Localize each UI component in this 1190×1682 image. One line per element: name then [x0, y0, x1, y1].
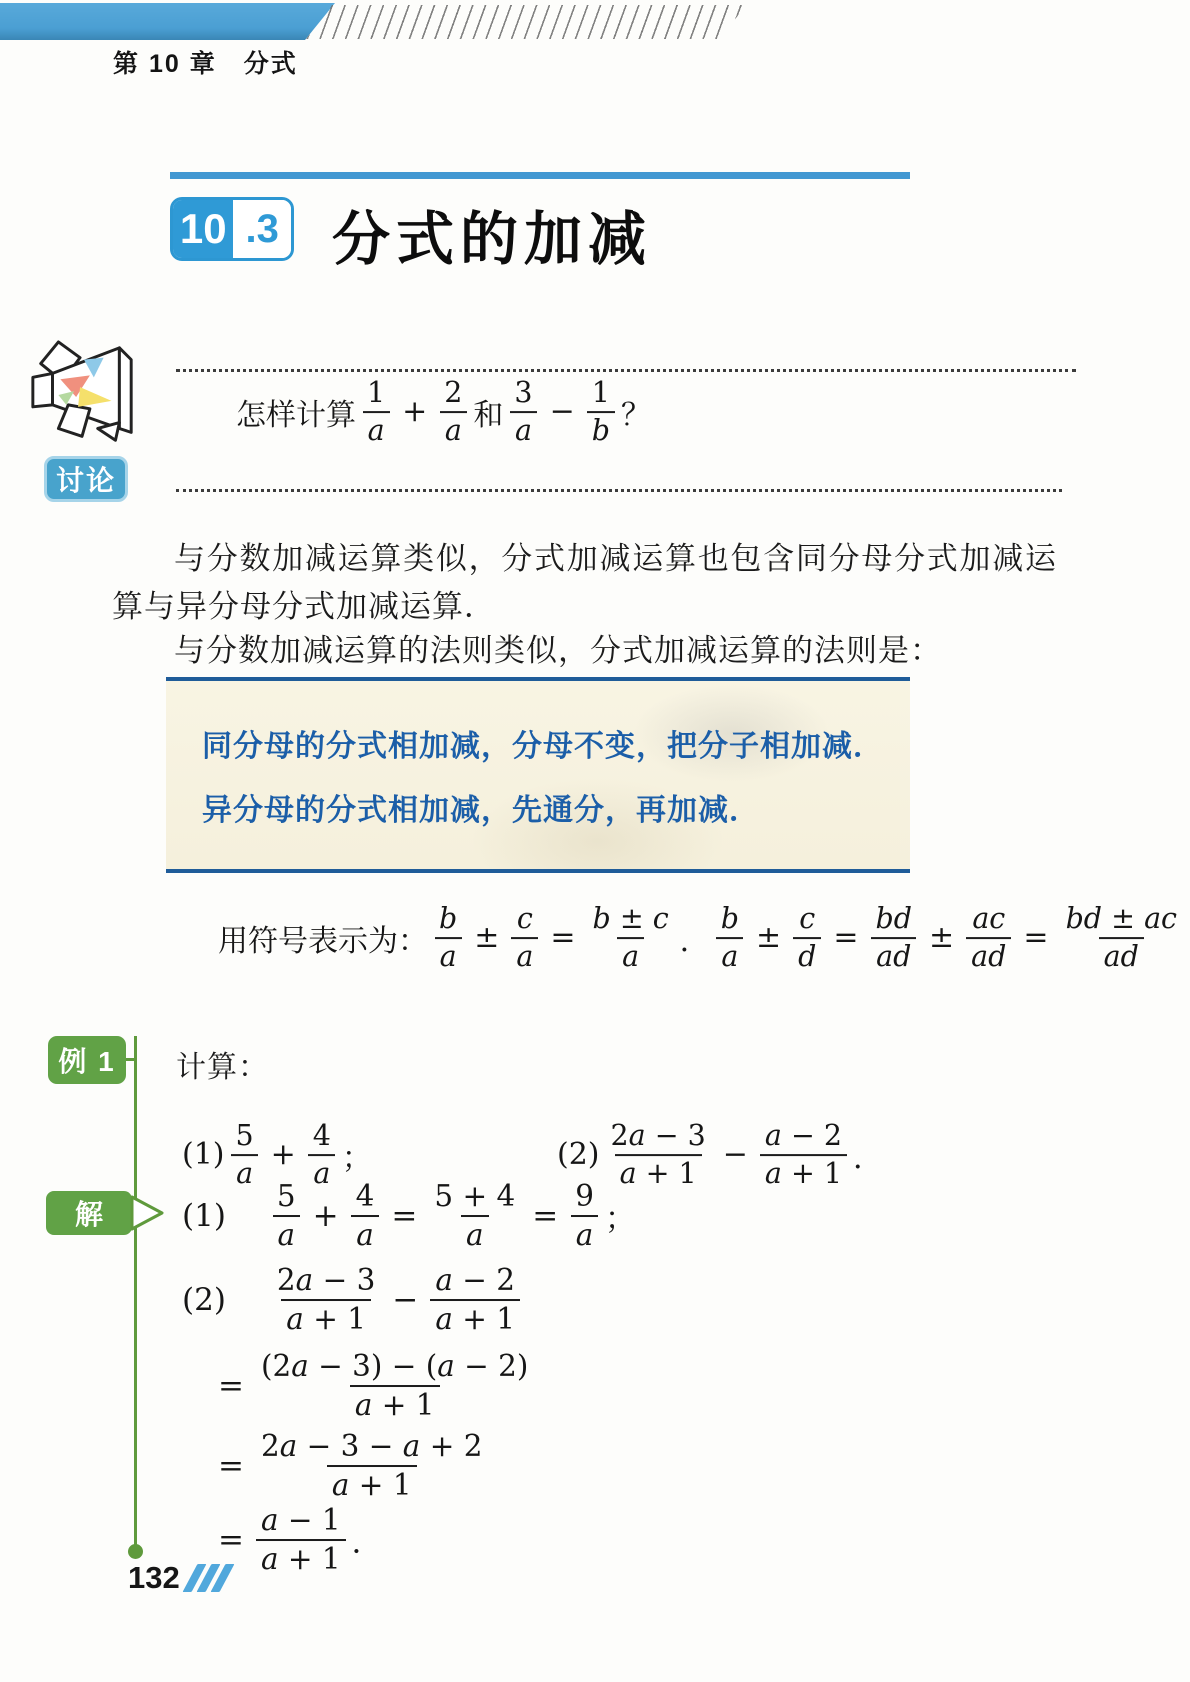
banner-hatch-stripes	[306, 5, 746, 39]
solution-badge-arrow-icon	[130, 1189, 166, 1237]
example-timeline-line	[134, 1036, 137, 1550]
symbolic-rule-formula: 用符号表示为：ba±ca=b ± ca．ba±cd=bdad±acad=bd ±…	[214, 903, 1190, 973]
page-number: 132	[128, 1560, 180, 1596]
solution-line-2-step-3: =a − 1a + 1．	[218, 1504, 387, 1576]
example-task-label: 计算：	[176, 1042, 269, 1086]
body-paragraph-2: 与分数加减运算的法则类似，分式加减运算的法则是：	[112, 627, 1057, 675]
solution-line-1: (1)5a+4a=5 + 4a=9a；	[178, 1180, 640, 1252]
body-paragraph-1: 与分数加减运算类似，分式加减运算也包含同分母分式加减运算与异分母分式加减运算．	[112, 535, 1057, 631]
discussion-question-formula: 怎样计算 1a+2a和3a−1b？	[232, 377, 655, 447]
megaphone-icon	[28, 338, 138, 456]
chapter-header: 第 10 章 分式	[113, 44, 298, 80]
section-title: 分式的加减	[332, 192, 652, 276]
dotted-divider-bottom	[176, 489, 1062, 492]
section-divider-rule	[170, 172, 910, 179]
rule-line-1: 同分母的分式相加减，分母不变，把分子相加减．	[202, 721, 910, 765]
rule-box: 同分母的分式相加减，分母不变，把分子相加减． 异分母的分式相加减，先通分，再加减…	[166, 677, 910, 873]
discussion-badge: 讨论	[44, 456, 128, 502]
top-banner	[0, 3, 335, 40]
solution-line-2-step-2: =2a − 3 − a + 2a + 1	[218, 1430, 489, 1502]
section-number-main: 10	[173, 200, 233, 258]
solution-badge: 解	[46, 1191, 132, 1235]
example-timeline-end-dot	[128, 1544, 143, 1559]
solution-line-2-start: (2)2a − 3a + 1−a − 2a + 1	[178, 1264, 522, 1336]
example-1-badge: 例 1	[48, 1036, 126, 1084]
section-number-badge: 10 .3	[170, 197, 294, 261]
solution-line-2-step-1: =(2a − 3) − (a − 2)a + 1	[218, 1350, 535, 1422]
section-number-sub: .3	[233, 200, 291, 258]
textbook-page: 第 10 章 分式 10 .3 分式的加减 讨论 怎样计算 1a	[0, 0, 1190, 1682]
rule-line-2: 异分母的分式相加减，先通分，再加减．	[202, 785, 910, 829]
page-footer: 132	[128, 1558, 232, 1598]
dotted-divider-top	[176, 369, 1076, 372]
triple-slash-icon	[190, 1564, 232, 1592]
